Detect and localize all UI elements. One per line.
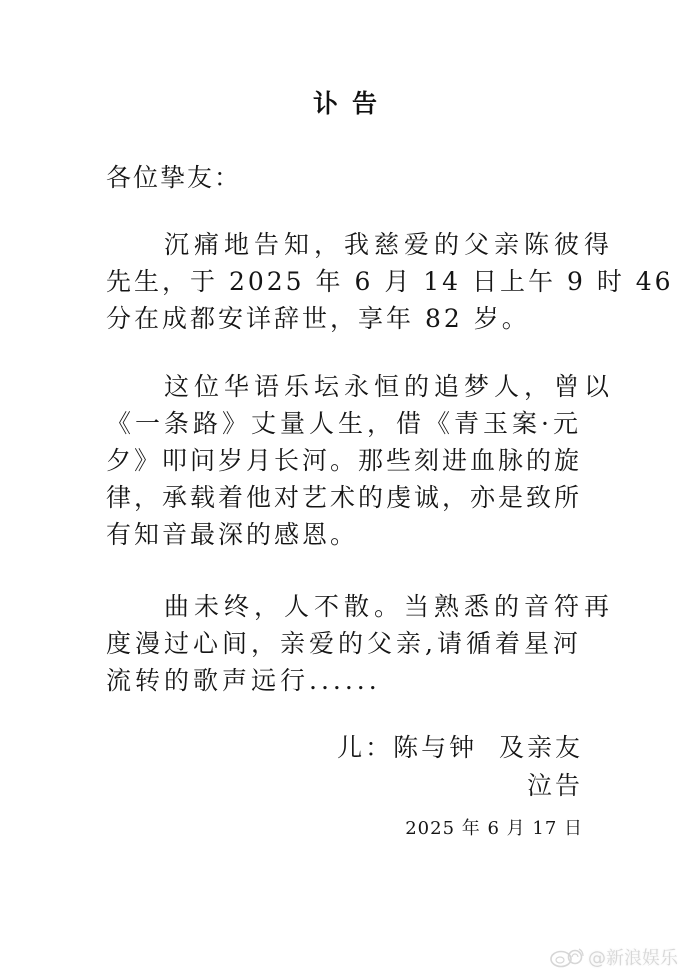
paragraph-line: 有知音最深的感恩。: [106, 516, 586, 553]
greeting: 各位挚友：: [106, 160, 241, 196]
paragraph-line: 《一条路》丈量人生，借《青玉案·元: [106, 405, 586, 442]
paragraph-line: 度漫过心间，亲爱的父亲,请循着星河: [106, 625, 586, 662]
watermark-text: @新浪娱乐: [588, 944, 678, 970]
paragraph-line: 流转的歌声远行......: [106, 662, 586, 699]
paragraph-line: 夕》叩问岁月长河。那些刻进血脉的旋: [106, 442, 586, 479]
paragraph-announcement: 沉痛地告知，我慈爱的父亲陈彼得 先生，于 2025 年 6 月 14 日上午 9…: [106, 226, 586, 337]
document-title: 讣告: [0, 84, 690, 120]
paragraph-line: 沉痛地告知，我慈爱的父亲陈彼得: [106, 226, 586, 263]
weibo-logo-icon: [549, 946, 585, 968]
signature-name: 儿：陈与钟 及亲友: [337, 728, 583, 764]
watermark: @新浪娱乐: [549, 944, 678, 970]
obituary-page: 讣告 各位挚友： 沉痛地告知，我慈爱的父亲陈彼得 先生，于 2025 年 6 月…: [0, 0, 690, 976]
signature-date: 2025 年 6 月 17 日: [405, 814, 583, 840]
paragraph-farewell: 曲未终，人不散。当熟悉的音符再 度漫过心间，亲爱的父亲,请循着星河 流转的歌声远…: [106, 588, 586, 699]
paragraph-line: 这位华语乐坛永恒的追梦人，曾以: [106, 368, 586, 405]
paragraph-line: 曲未终，人不散。当熟悉的音符再: [106, 588, 586, 625]
paragraph-line: 先生，于 2025 年 6 月 14 日上午 9 时 46: [106, 263, 586, 300]
paragraph-tribute: 这位华语乐坛永恒的追梦人，曾以 《一条路》丈量人生，借《青玉案·元 夕》叩问岁月…: [106, 368, 586, 553]
signature-mourn: 泣告: [527, 766, 583, 802]
paragraph-line: 律，承载着他对艺术的虔诚，亦是致所: [106, 479, 586, 516]
paragraph-line: 分在成都安详辞世，享年 82 岁。: [106, 300, 586, 337]
